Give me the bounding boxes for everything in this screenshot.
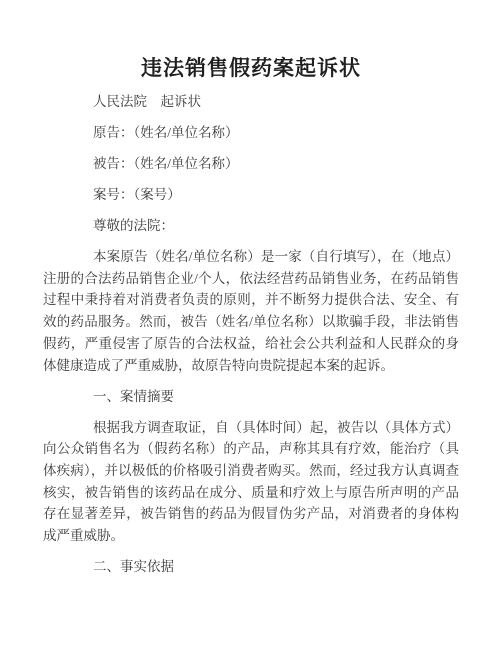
doc-line-salutation: 尊敬的法院：: [43, 215, 459, 237]
doc-heading-section-2: 二、事实依据: [43, 556, 459, 578]
doc-line-defendant: 被告：（姓名/单位名称）: [43, 153, 459, 175]
doc-heading-section-1: 一、案情摘要: [43, 386, 459, 408]
doc-line-court: 人民法院 起诉状: [43, 91, 459, 113]
document-title: 违法销售假药案起诉状: [43, 53, 459, 83]
document-page: 违法销售假药案起诉状 人民法院 起诉状 原告：（姓名/单位名称） 被告：（姓名/…: [0, 0, 502, 649]
doc-paragraph-case-summary: 根据我方调查取证，自（具体时间）起，被告以（具体方式）向公众销售名为（假药名称）…: [43, 417, 459, 547]
doc-line-plaintiff: 原告：（姓名/单位名称）: [43, 122, 459, 144]
doc-paragraph-intro: 本案原告（姓名/单位名称）是一家（自行填写），在（地点）注册的合法药品销售企业/…: [43, 246, 459, 376]
doc-line-case-number: 案号：（案号）: [43, 184, 459, 206]
